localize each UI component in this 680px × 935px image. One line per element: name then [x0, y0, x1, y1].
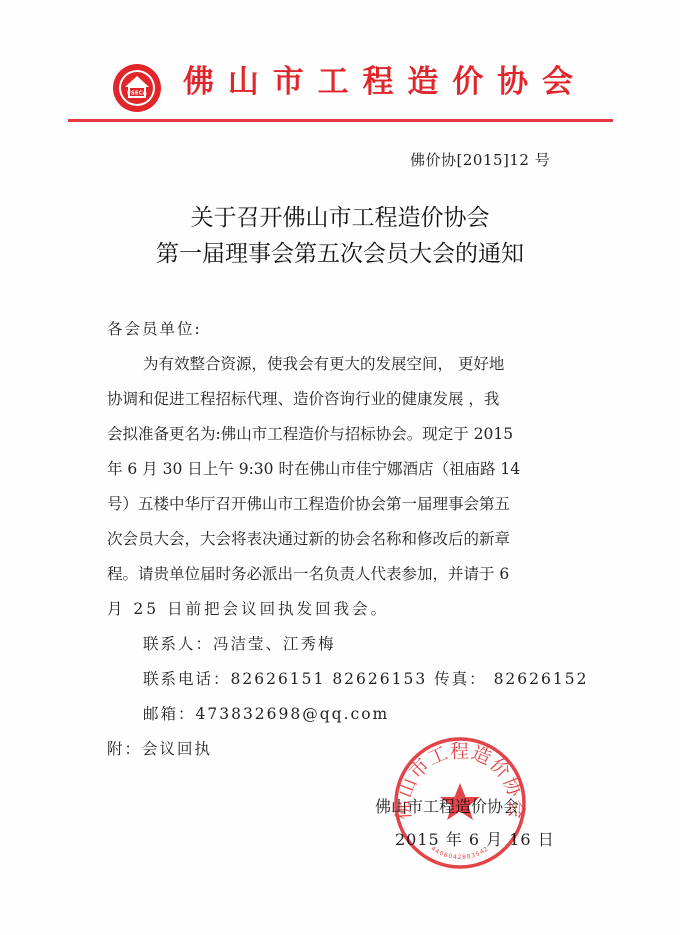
letterhead-char: 工	[318, 64, 349, 100]
paragraph-line: 次会员大会，大会将表决通过新的协会名称和修改后的新章	[107, 522, 567, 557]
document-title: 关于召开佛山市工程造价协会 第一届理事会第五次会员大会的通知	[0, 200, 680, 272]
paragraph-line: 协调和促进工程招标代理、造价咨询行业的健康发展 ，我	[107, 382, 567, 417]
contact-phone: 联系电话：82626151 82626153 传真： 82626152	[107, 662, 567, 697]
letterhead-organization-name: 佛 山 市 工 程 造 价 协 会	[183, 64, 573, 100]
letterhead-char: 价	[452, 64, 483, 100]
letterhead-char: 市	[273, 64, 304, 100]
document-page: FSECA 佛 山 市 工 程 造 价 协 会 佛价协[2015]12 号 关于…	[0, 0, 680, 935]
svg-text:FSECA: FSECA	[127, 91, 148, 97]
contact-email: 邮箱：473832698@qq.com	[107, 697, 567, 732]
title-line-2: 第一届理事会第五次会员大会的通知	[0, 236, 680, 272]
salutation: 各会员单位:	[107, 312, 567, 347]
letterhead-char: 山	[228, 64, 259, 100]
document-number: 佛价协[2015]12 号	[410, 150, 550, 170]
contact-person: 联系人：冯洁莹、江秀梅	[107, 627, 567, 662]
svg-text:4406042883542: 4406042883542	[430, 845, 491, 861]
paragraph-line: 号）五楼中华厅召开佛山市工程造价协会第一届理事会第五	[107, 487, 567, 522]
paragraph-line: 月 25 日前把会议回执发回我会。	[107, 592, 567, 627]
paragraph-line: 会拟准备更名为:佛山市工程造价与招标协会。现定于 2015	[107, 417, 567, 452]
title-line-1: 关于召开佛山市工程造价协会	[0, 200, 680, 236]
paragraph-line: 年 6 月 30 日上午 9:30 时在佛山市佳宁娜酒店（祖庙路 14	[107, 452, 567, 487]
association-logo-icon: FSECA	[112, 63, 162, 113]
letterhead-char: 协	[497, 64, 528, 100]
letterhead-char: 佛	[183, 64, 214, 100]
paragraph-line: 为有效整合资源，使我会有更大的发展空间， 更好地	[107, 347, 567, 382]
letterhead-divider	[68, 119, 613, 122]
letterhead-char: 会	[542, 64, 573, 100]
official-seal-icon: 佛山市工程造价协会 4406042883542	[392, 735, 528, 871]
letterhead-char: 造	[407, 64, 438, 100]
document-body: 各会员单位: 为有效整合资源，使我会有更大的发展空间， 更好地 协调和促进工程招…	[107, 312, 567, 767]
paragraph-line: 程。请贵单位届时务必派出一名负责人代表参加，并请于 6	[107, 557, 567, 592]
letterhead-char: 程	[363, 64, 394, 100]
